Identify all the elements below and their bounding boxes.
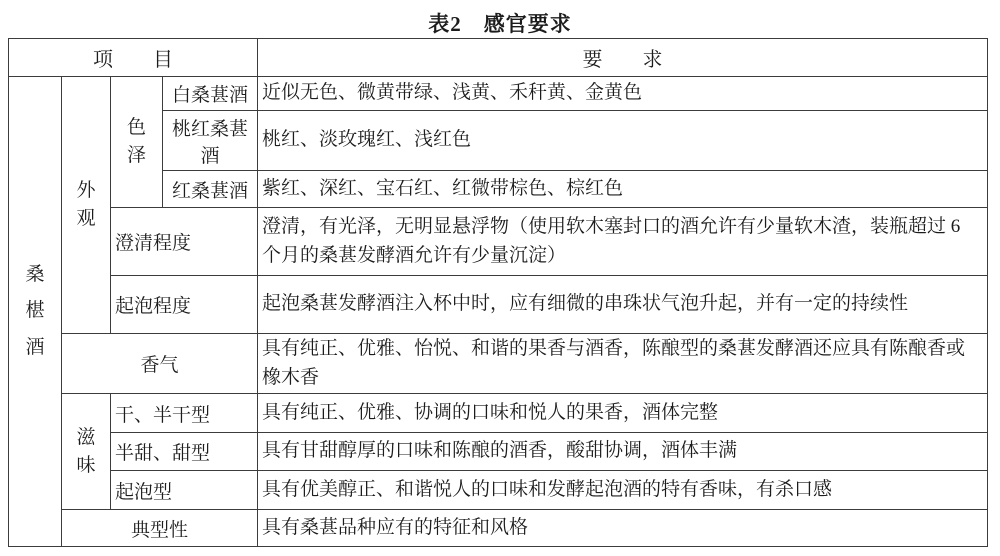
row-label-typicality: 典型性 <box>62 510 258 547</box>
row-label-foaming: 起泡程度 <box>111 276 258 334</box>
row-req-white: 近似无色、微黄带绿、浅黄、禾秆黄、金黄色 <box>258 77 988 111</box>
product-label: 桑椹酒 <box>25 257 45 365</box>
row-req-aroma: 具有纯正、优雅、怡悦、和谐的果香与酒香，陈酿型的桑葚发酵酒还应具有陈酿香或橡木香 <box>258 334 988 394</box>
row-req-dry: 具有纯正、优雅、协调的口味和悦人的果香，酒体完整 <box>258 394 988 433</box>
group-color-cell: 色泽 <box>111 77 163 208</box>
row-req-typicality: 具有桑葚品种应有的特征和风格 <box>258 510 988 547</box>
table-row: 半甜、甜型 具有甘甜醇厚的口味和陈酿的酒香，酸甜协调，酒体丰满 <box>9 433 988 471</box>
table-row: 澄清程度 澄清，有光泽，无明显悬浮物（使用软木塞封口的酒允许有少量软木渣，装瓶超… <box>9 208 988 276</box>
document-page: 表2 感官要求 项 目 要 求 桑椹酒 外观 色泽 白桑葚酒 近似无色、微黄带绿… <box>0 0 1000 556</box>
table-row: 滋味 干、半干型 具有纯正、优雅、协调的口味和悦人的果香，酒体完整 <box>9 394 988 433</box>
table-row: 香气 具有纯正、优雅、怡悦、和谐的果香与酒香，陈酿型的桑葚发酵酒还应具有陈酿香或… <box>9 334 988 394</box>
row-req-foaming: 起泡桑葚发酵酒注入杯中时，应有细微的串珠状气泡升起，并有一定的持续性 <box>258 276 988 334</box>
group-appearance-cell: 外观 <box>62 77 111 334</box>
row-label-sparkling: 起泡型 <box>111 471 258 510</box>
header-requirement: 要 求 <box>258 39 988 77</box>
row-label-aroma: 香气 <box>62 334 258 394</box>
row-label-semisweet: 半甜、甜型 <box>111 433 258 471</box>
group-taste-cell: 滋味 <box>62 394 111 510</box>
table-row: 典型性 具有桑葚品种应有的特征和风格 <box>9 510 988 547</box>
row-req-rose: 桃红、淡玫瑰红、浅红色 <box>258 111 988 171</box>
table-caption: 表2 感官要求 <box>0 8 1000 38</box>
table-row: 起泡型 具有优美醇正、和谐悦人的口味和发酵起泡酒的特有香味，有杀口感 <box>9 471 988 510</box>
table-row: 起泡程度 起泡桑葚发酵酒注入杯中时，应有细微的串珠状气泡升起，并有一定的持续性 <box>9 276 988 334</box>
group-color-label: 色泽 <box>127 114 147 169</box>
row-req-sparkling: 具有优美醇正、和谐悦人的口味和发酵起泡酒的特有香味，有杀口感 <box>258 471 988 510</box>
header-item: 项 目 <box>9 39 258 77</box>
row-req-semisweet: 具有甘甜醇厚的口味和陈酿的酒香，酸甜协调，酒体丰满 <box>258 433 988 471</box>
product-cell: 桑椹酒 <box>9 77 62 547</box>
row-label-dry: 干、半干型 <box>111 394 258 433</box>
row-req-clarity: 澄清，有光泽，无明显悬浮物（使用软木塞封口的酒允许有少量软木渣，装瓶超过 6 个… <box>258 208 988 276</box>
header-row: 项 目 要 求 <box>9 39 988 77</box>
row-req-red: 紫红、深红、宝石红、红微带棕色、棕红色 <box>258 171 988 208</box>
row-label-white: 白桑葚酒 <box>163 77 258 111</box>
group-taste-label: 滋味 <box>76 424 96 479</box>
row-label-red: 红桑葚酒 <box>163 171 258 208</box>
group-appearance-label: 外观 <box>76 177 96 232</box>
row-label-clarity: 澄清程度 <box>111 208 258 276</box>
row-label-rose: 桃红桑葚酒 <box>163 111 258 171</box>
sensory-requirements-table: 项 目 要 求 桑椹酒 外观 色泽 白桑葚酒 近似无色、微黄带绿、浅黄、禾秆黄、… <box>8 38 988 547</box>
table-row: 桑椹酒 外观 色泽 白桑葚酒 近似无色、微黄带绿、浅黄、禾秆黄、金黄色 <box>9 77 988 111</box>
